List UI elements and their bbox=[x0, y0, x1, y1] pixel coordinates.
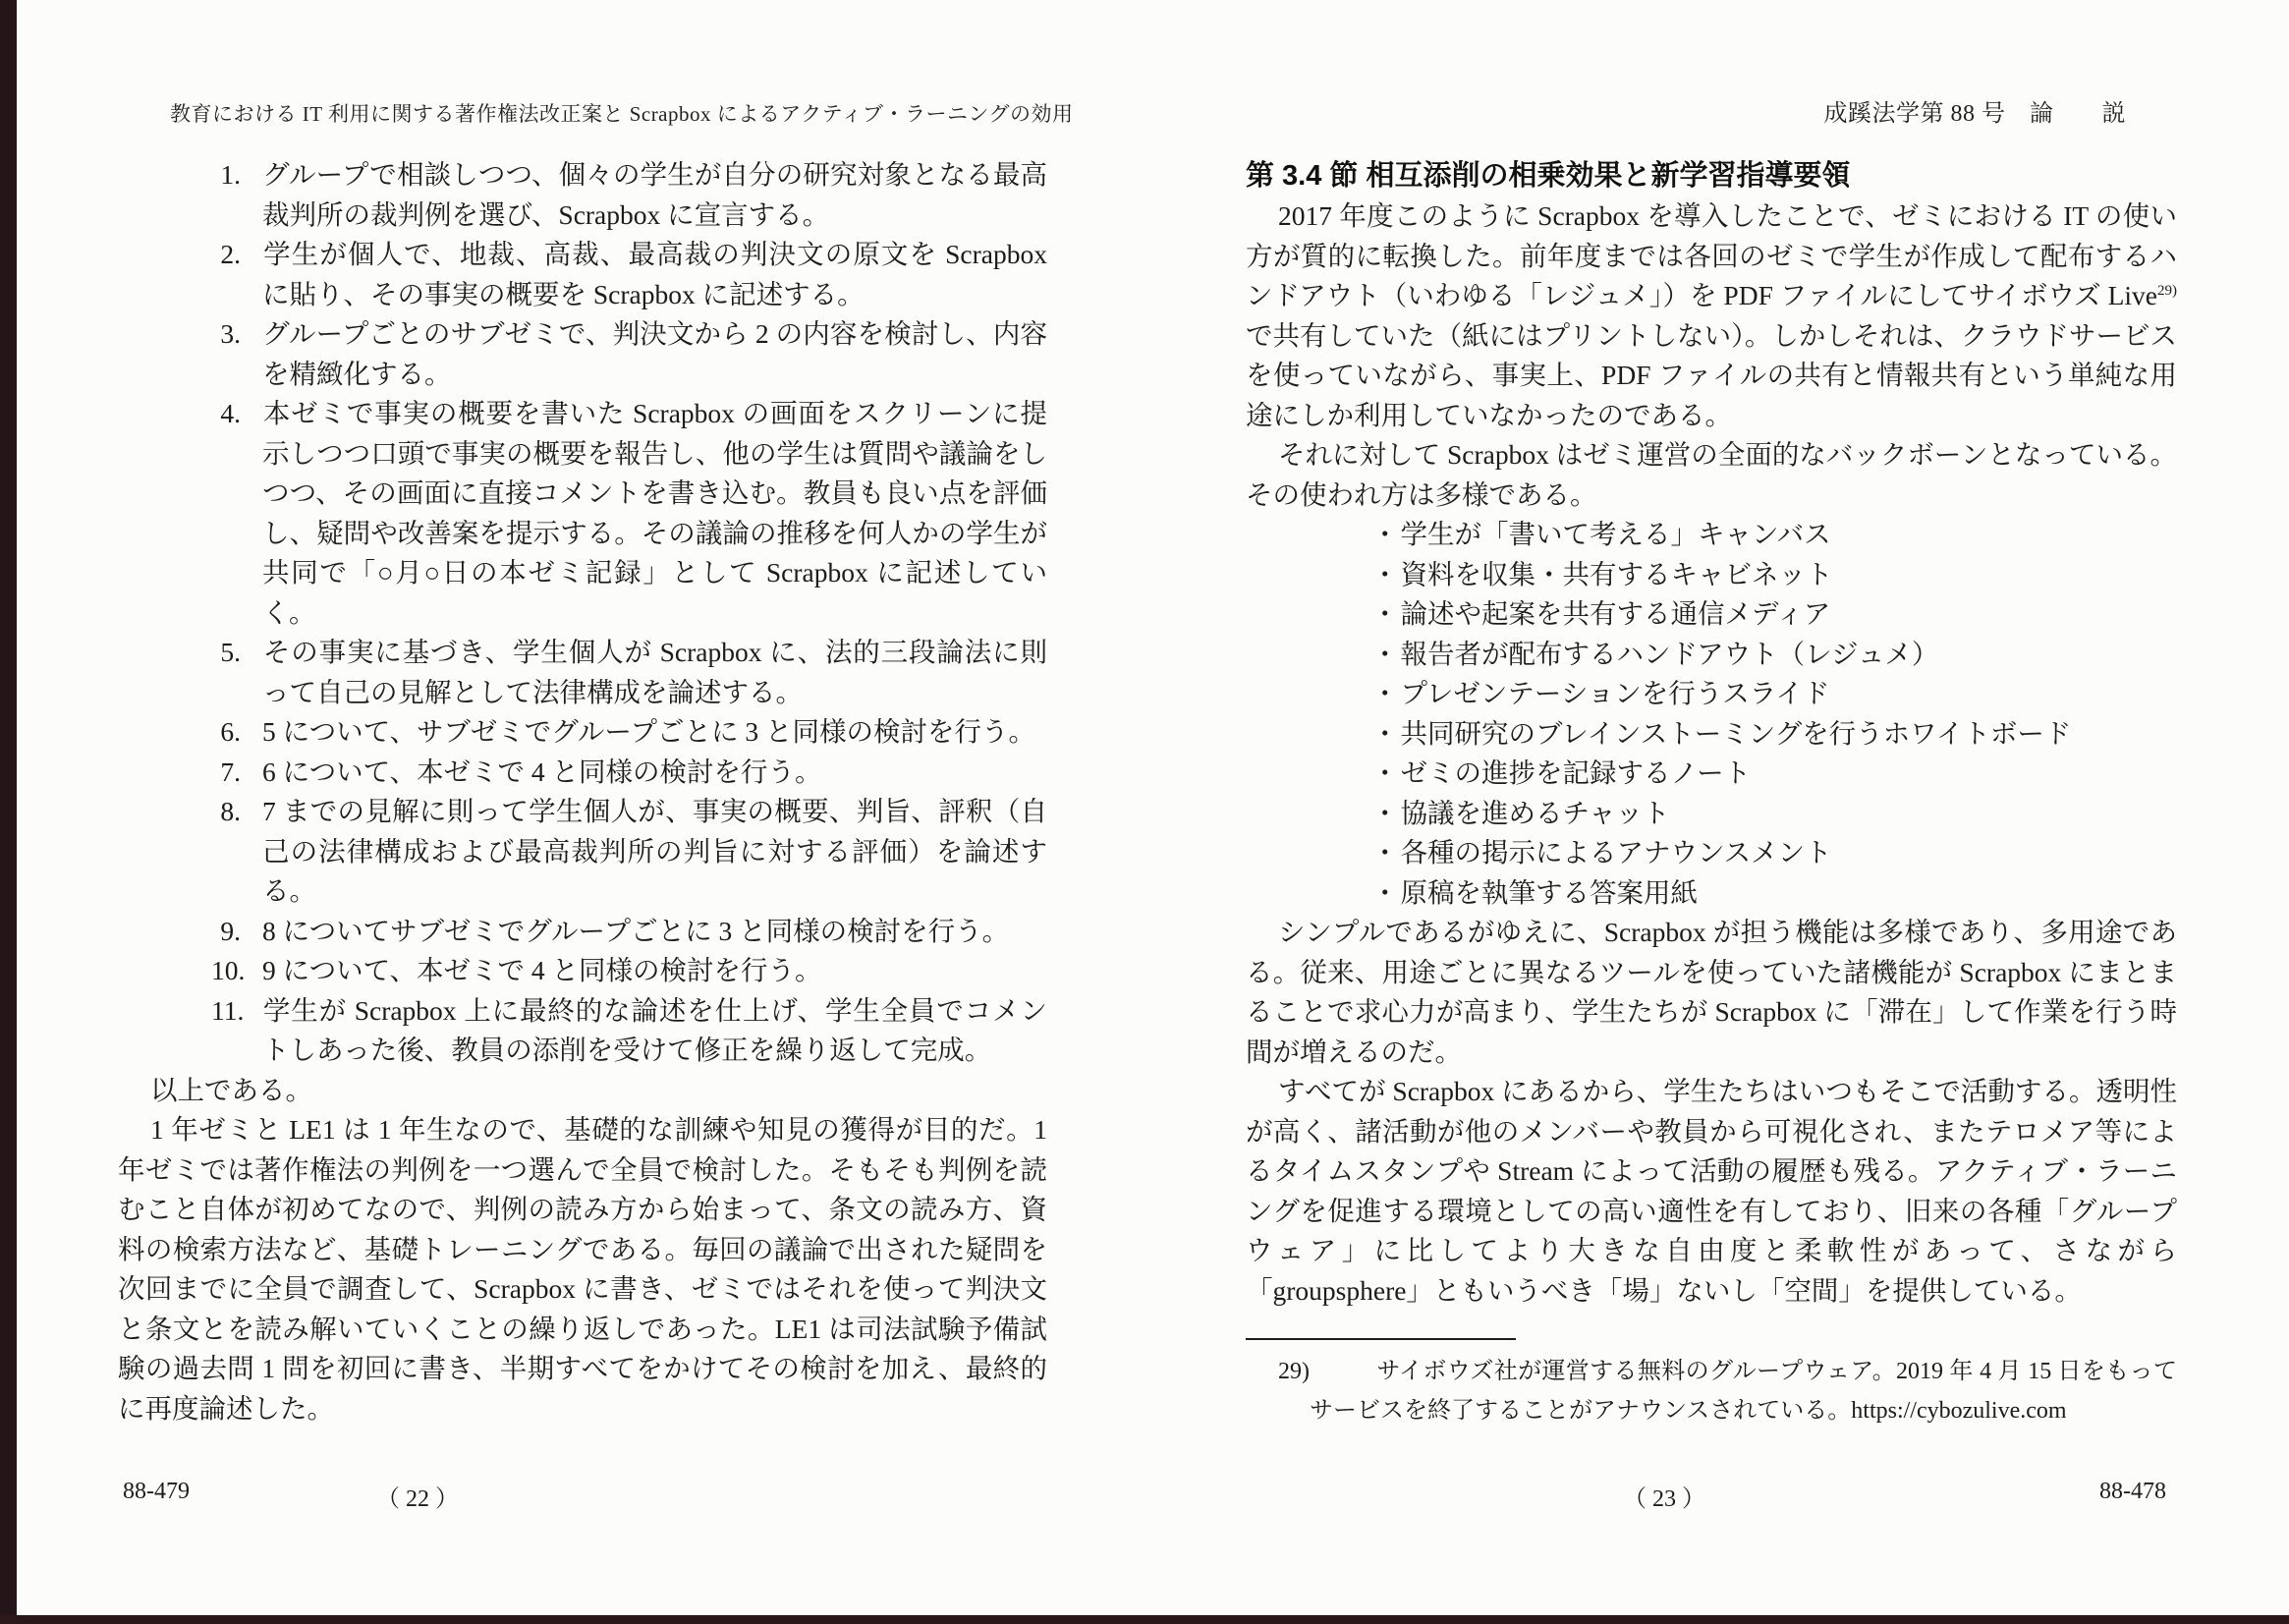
list-item-9: 9.8 についてサブゼミでグループごとに 3 と同様の検討を行う。 bbox=[211, 912, 1047, 952]
list-number: 7. bbox=[211, 753, 241, 793]
bullet-icon: ・ bbox=[1371, 837, 1399, 868]
list-number: 6. bbox=[211, 712, 241, 753]
usage-bullet-list: ・学生が「書いて考える」キャンバス ・資料を収集・共有するキャビネット ・論述や… bbox=[1371, 515, 2177, 913]
paragraph-simplicity: シンプルであるがゆえに、Scrapbox が担う機能は多様であり、多用途である。… bbox=[1246, 913, 2177, 1072]
bullet-text: 各種の掲示によるアナウンスメント bbox=[1401, 837, 1832, 868]
bullet-icon: ・ bbox=[1371, 639, 1399, 669]
list-item-11: 11.学生が Scrapbox 上に最終的な論述を仕上げ、学生全員でコメントしあ… bbox=[211, 991, 1047, 1071]
list-text: 7 までの見解に則って学生個人が、事実の概要、判旨、評釈（自己の法律構成および最… bbox=[262, 796, 1047, 906]
list-number: 8. bbox=[211, 792, 241, 832]
page-right-content: 第 3.4 節 相互添削の相乗効果と新学習指導要領 2017 年度このように S… bbox=[1246, 0, 2177, 1430]
list-text: 5 について、サブゼミでグループごとに 3 と同様の検討を行う。 bbox=[262, 716, 1035, 747]
paragraph-first-year-seminar: 1 年ゼミと LE1 は 1 年生なので、基礎的な訓練や知見の獲得が目的だ。1 … bbox=[118, 1110, 1047, 1428]
list-item-5: 5.その事実に基づき、学生個人が Scrapbox に、法的三段論法に則って自己… bbox=[211, 633, 1047, 712]
bullet-icon: ・ bbox=[1371, 519, 1399, 549]
bullet-icon: ・ bbox=[1371, 598, 1399, 629]
list-text: 学生が Scrapbox 上に最終的な論述を仕上げ、学生全員でコメントしあった後… bbox=[262, 995, 1047, 1066]
list-text: その事実に基づき、学生個人が Scrapbox に、法的三段論法に則って自己の見… bbox=[262, 637, 1047, 707]
list-number: 10. bbox=[211, 951, 241, 991]
list-text: グループで相談しつつ、個々の学生が自分の研究対象となる最高裁判所の裁判例を選び、… bbox=[262, 159, 1047, 230]
paragraph-conclusion: 以上である。 bbox=[118, 1071, 1047, 1111]
bullet-item-5: ・プレゼンテーションを行うスライド bbox=[1371, 674, 2177, 714]
list-item-3: 3.グループごとのサブゼミで、判決文から 2 の内容を検討し、内容を精緻化する。 bbox=[211, 314, 1047, 394]
list-text: 6 について、本ゼミで 4 と同様の検討を行う。 bbox=[262, 756, 822, 787]
list-item-10: 10.9 について、本ゼミで 4 と同様の検討を行う。 bbox=[211, 951, 1047, 991]
book-edge-bottom bbox=[0, 1615, 2289, 1624]
bullet-icon: ・ bbox=[1371, 757, 1399, 788]
list-item-7: 7.6 について、本ゼミで 4 と同様の検討を行う。 bbox=[211, 753, 1047, 793]
list-text: 9 について、本ゼミで 4 と同様の検討を行う。 bbox=[262, 955, 822, 985]
journal-page-number-left: 88-479 bbox=[123, 1479, 190, 1505]
list-number: 2. bbox=[211, 235, 241, 275]
bullet-item-6: ・共同研究のブレインストーミングを行うホワイトボード bbox=[1371, 714, 2177, 755]
list-number: 9. bbox=[211, 912, 241, 952]
page-number-left: （ 22 ） bbox=[376, 1479, 459, 1513]
bullet-icon: ・ bbox=[1371, 559, 1399, 589]
bullet-item-3: ・論述や起案を共有する通信メディア bbox=[1371, 594, 2177, 635]
bullet-text: プレゼンテーションを行うスライド bbox=[1401, 678, 1830, 708]
list-text: 本ゼミで事実の概要を書いた Scrapbox の画面をスクリーンに提示しつつ口頭… bbox=[262, 398, 1047, 628]
paragraph-text: 2017 年度このように Scrapbox を導入したことで、ゼミにおける IT… bbox=[1246, 200, 2177, 310]
bullet-text: 共同研究のブレインストーミングを行うホワイトボード bbox=[1401, 718, 2072, 749]
bullet-item-2: ・資料を収集・共有するキャビネット bbox=[1371, 555, 2177, 595]
footnote-number: 29) bbox=[1278, 1352, 1376, 1391]
section-heading: 第 3.4 節 相互添削の相乗効果と新学習指導要領 bbox=[1246, 155, 2177, 196]
list-number: 5. bbox=[211, 633, 241, 673]
journal-page-number-right: 88-478 bbox=[2099, 1479, 2166, 1505]
bullet-text: 報告者が配布するハンドアウト（レジュメ） bbox=[1401, 639, 1939, 669]
bullet-item-7: ・ゼミの進捗を記録するノート bbox=[1371, 754, 2177, 794]
running-header-right: 成蹊法学第 88 号 論 説 bbox=[1824, 101, 2127, 127]
footnote-divider bbox=[1246, 1338, 1516, 1340]
bullet-text: 協議を進めるチャット bbox=[1401, 798, 1670, 828]
procedure-list: 1.グループで相談しつつ、個々の学生が自分の研究対象となる最高裁判所の裁判例を選… bbox=[211, 155, 1047, 1071]
page-left: 教育における IT 利用に関する著作権法改正案と Scrapbox によるアクテ… bbox=[118, 0, 1047, 1428]
running-header-left: 教育における IT 利用に関する著作権法改正案と Scrapbox によるアクテ… bbox=[170, 101, 1074, 127]
bullet-text: ゼミの進捗を記録するノート bbox=[1401, 757, 1752, 788]
footnote-29: 29)サイボウズ社が運営する無料のグループウェア。2019 年 4 月 15 日… bbox=[1278, 1352, 2177, 1430]
bullet-text: 原稿を執筆する答案用紙 bbox=[1401, 877, 1699, 908]
paragraph-groupsphere: すべてが Scrapbox にあるから、学生たちはいつもそこで活動する。透明性が… bbox=[1246, 1072, 2177, 1311]
paragraph-text: で共有していた（紙にはプリントしない）。しかしそれは、クラウドサービスを使ってい… bbox=[1246, 320, 2177, 430]
bullet-icon: ・ bbox=[1371, 678, 1399, 708]
list-text: グループごとのサブゼミで、判決文から 2 の内容を検討し、内容を精緻化する。 bbox=[262, 318, 1047, 389]
list-item-6: 6.5 について、サブゼミでグループごとに 3 と同様の検討を行う。 bbox=[211, 712, 1047, 753]
list-item-2: 2.学生が個人で、地裁、高裁、最高裁の判決文の原文を Scrapbox に貼り、… bbox=[211, 235, 1047, 314]
bullet-icon: ・ bbox=[1371, 718, 1399, 749]
bullet-icon: ・ bbox=[1371, 798, 1399, 828]
list-number: 11. bbox=[211, 991, 241, 1032]
bullet-item-4: ・報告者が配布するハンドアウト（レジュメ） bbox=[1371, 635, 2177, 675]
bullet-text: 資料を収集・共有するキャビネット bbox=[1401, 559, 1833, 589]
paragraph-scrapbox-introduction: 2017 年度このように Scrapbox を導入したことで、ゼミにおける IT… bbox=[1246, 196, 2177, 435]
list-item-8: 8.7 までの見解に則って学生個人が、事実の概要、判旨、評釈（自己の法律構成およ… bbox=[211, 792, 1047, 912]
footnote-text: サイボウズ社が運営する無料のグループウェア。2019 年 4 月 15 日をもっ… bbox=[1310, 1359, 2177, 1424]
bullet-item-10: ・原稿を執筆する答案用紙 bbox=[1371, 873, 2177, 914]
bullet-text: 論述や起案を共有する通信メディア bbox=[1401, 598, 1831, 629]
page-left-content: 1.グループで相談しつつ、個々の学生が自分の研究対象となる最高裁判所の裁判例を選… bbox=[118, 0, 1047, 1428]
bullet-item-8: ・協議を進めるチャット bbox=[1371, 794, 2177, 834]
list-number: 3. bbox=[211, 314, 241, 355]
list-text: 学生が個人で、地裁、高裁、最高裁の判決文の原文を Scrapbox に貼り、その… bbox=[262, 239, 1047, 309]
list-item-4: 4.本ゼミで事実の概要を書いた Scrapbox の画面をスクリーンに提示しつつ… bbox=[211, 394, 1047, 633]
bullet-item-1: ・学生が「書いて考える」キャンバス bbox=[1371, 515, 2177, 555]
page-right: 成蹊法学第 88 号 論 説 第 3.4 節 相互添削の相乗効果と新学習指導要領… bbox=[1246, 0, 2177, 1430]
list-number: 1. bbox=[211, 155, 241, 196]
book-edge-left bbox=[0, 0, 17, 1624]
bullet-text: 学生が「書いて考える」キャンバス bbox=[1401, 519, 1831, 549]
list-text: 8 についてサブゼミでグループごとに 3 と同様の検討を行う。 bbox=[262, 916, 1009, 946]
footnote-reference-29: 29) bbox=[2157, 283, 2177, 299]
bullet-icon: ・ bbox=[1371, 877, 1399, 908]
paragraph-backbone: それに対して Scrapbox はゼミ運営の全面的なバックボーンとなっている。そ… bbox=[1246, 435, 2177, 515]
list-number: 4. bbox=[211, 394, 241, 434]
page-number-right: （ 23 ） bbox=[1623, 1479, 1705, 1513]
bullet-item-9: ・各種の掲示によるアナウンスメント bbox=[1371, 833, 2177, 873]
list-item-1: 1.グループで相談しつつ、個々の学生が自分の研究対象となる最高裁判所の裁判例を選… bbox=[211, 155, 1047, 235]
